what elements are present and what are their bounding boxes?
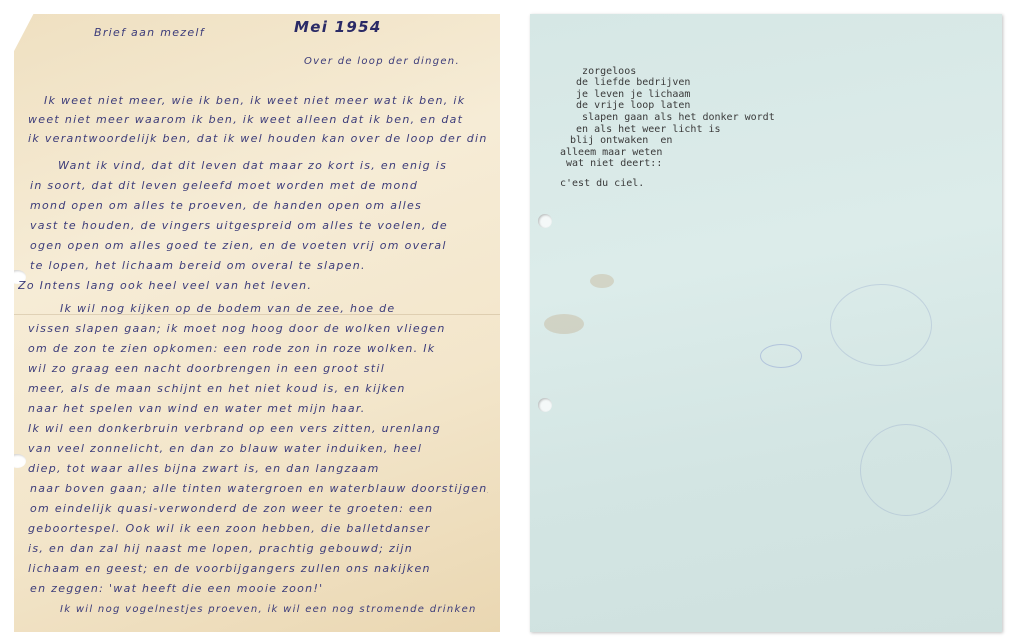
handwritten-line: weet niet meer waarom ik ben, ik weet al… xyxy=(28,113,488,126)
faint-pencil-sketch xyxy=(830,284,932,366)
punch-hole xyxy=(8,454,26,468)
letter-subtitle: Over de loop der dingen. xyxy=(304,56,488,67)
handwritten-line: ik verantwoordelijk ben, dat ik wel houd… xyxy=(28,132,488,145)
handwritten-line: Ik wil nog kijken op de bodem van de zee… xyxy=(60,302,488,315)
handwritten-line: en zeggen: 'wat heeft die een mooie zoon… xyxy=(30,582,488,595)
handwritten-line: om eindelijk quasi-verwonderd de zon wee… xyxy=(30,502,488,515)
poem-line: wat niet deert:: xyxy=(560,158,662,170)
handwritten-line: te lopen, het lichaam bereid om overal t… xyxy=(30,259,488,272)
poem-line: slapen gaan als het donker wordt xyxy=(564,112,775,124)
handwritten-line: vissen slapen gaan; ik moet nog hoog doo… xyxy=(28,322,488,335)
poem-line: alleem maar weten xyxy=(560,147,662,159)
handwritten-line: diep, tot waar alles bijna zwart is, en … xyxy=(28,462,488,475)
handwritten-line: Ik wil een donkerbruin verbrand op een v… xyxy=(28,422,488,435)
handwritten-line: meer, als de maan schijnt en het niet ko… xyxy=(28,382,488,395)
handwritten-line: vast te houden, de vingers uitgespreid o… xyxy=(30,219,488,232)
handwritten-line: om de zon te zien opkomen: een rode zon … xyxy=(28,342,488,355)
handwritten-line: naar het spelen van wind en water met mi… xyxy=(28,402,488,415)
handwritten-line: lichaam en geest; en de voorbijgangers z… xyxy=(28,562,488,575)
poem-line: je leven je lichaam xyxy=(564,89,690,101)
handwritten-line: Ik wil nog vogelnestjes proeven, ik wil … xyxy=(60,604,488,615)
letter-date: Mei 1954 xyxy=(294,18,488,36)
typed-poem-page: zorgeloos de liefde bedrijven je leven j… xyxy=(530,14,1002,632)
handwritten-line: mond open om alles te proeven, de handen… xyxy=(30,199,488,212)
rust-stain xyxy=(590,274,614,288)
poem-line: en als het weer licht is xyxy=(564,124,721,136)
handwritten-line: geboortespel. Ook wil ik een zoon hebben… xyxy=(28,522,488,535)
poem-line: de liefde bedrijven xyxy=(564,77,690,89)
poem-line: zorgeloos xyxy=(564,66,636,78)
poem-closing-line: c'est du ciel. xyxy=(560,178,644,190)
handwritten-letter-page: Brief aan mezelf Mei 1954 Over de loop d… xyxy=(14,14,500,632)
punch-hole xyxy=(538,214,552,228)
handwritten-line: naar boven gaan; alle tinten watergroen … xyxy=(30,482,488,495)
handwritten-line: is, en dan zal hij naast me lopen, prach… xyxy=(28,542,488,555)
handwritten-line: wil zo graag een nacht doorbrengen in ee… xyxy=(28,362,488,375)
poem-line: blij ontwaken en xyxy=(564,135,672,147)
rust-stain xyxy=(544,314,584,334)
poem-line: de vrije loop laten xyxy=(564,100,690,112)
handwritten-line: in soort, dat dit leven geleefd moet wor… xyxy=(30,179,488,192)
handwritten-line: van veel zonnelicht, en dan zo blauw wat… xyxy=(28,442,488,455)
handwritten-line: ogen open om alles goed te zien, en de v… xyxy=(30,239,488,252)
handwritten-line: Zo Intens lang ook heel veel van het lev… xyxy=(18,279,488,292)
handwritten-line: Want ik vind, dat dit leven dat maar zo … xyxy=(58,159,488,172)
handwritten-line: Ik weet niet meer, wie ik ben, ik weet n… xyxy=(44,94,488,107)
faint-pencil-sketch xyxy=(760,344,802,368)
punch-hole xyxy=(538,398,552,412)
faint-pencil-sketch xyxy=(860,424,952,516)
